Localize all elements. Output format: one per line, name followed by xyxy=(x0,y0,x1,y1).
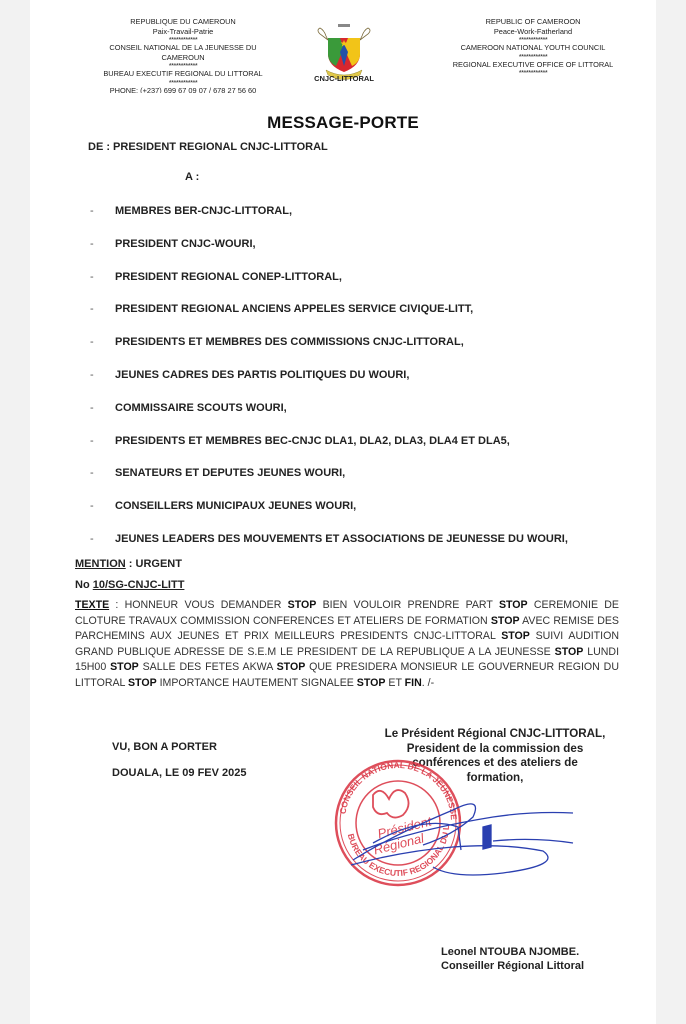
council-name-fr: CONSEIL NATIONAL DE LA JEUNESSE DU CAMER… xyxy=(88,43,278,62)
recipient-item: -PRESIDENTS ET MEMBRES BEC-CNJC DLA1, DL… xyxy=(90,435,568,468)
recipient-item: -PRESIDENT CNJC-WOURI, xyxy=(90,238,568,271)
keyword-stop: STOP xyxy=(128,677,157,689)
keyword-stop: STOP xyxy=(110,661,139,673)
keyword-stop: STOP xyxy=(357,677,386,689)
text-segment: IMPORTANCE HAUTEMENT SIGNALEE xyxy=(157,677,357,689)
keyword-stop: STOP xyxy=(288,599,317,611)
bullet-dash: - xyxy=(90,238,115,250)
text-segment: SALLE DES FETES AKWA xyxy=(139,661,277,673)
separator: ************ xyxy=(448,69,618,76)
recipient-text: PRESIDENTS ET MEMBRES DES COMMISSIONS CN… xyxy=(115,336,464,348)
recipient-text: JEUNES CADRES DES PARTIS POLITIQUES DU W… xyxy=(115,369,409,381)
country-name-fr: REPUBLIQUE DU CAMEROUN xyxy=(88,17,278,27)
text-segment: : HONNEUR VOUS DEMANDER xyxy=(109,599,288,611)
header-english: REPUBLIC OF CAMEROON Peace-Work-Fatherla… xyxy=(448,17,618,76)
keyword-stop: STOP xyxy=(501,630,530,642)
country-name-en: REPUBLIC OF CAMEROON xyxy=(448,17,618,27)
separator: ************ xyxy=(448,36,618,43)
reference-value: 10/SG-CNJC-LITT xyxy=(93,579,185,591)
header-french: REPUBLIQUE DU CAMEROUN Paix-Travail-Patr… xyxy=(88,17,278,93)
separator: ************ xyxy=(88,79,278,86)
recipient-text: PRESIDENT REGIONAL ANCIENS APPELES SERVI… xyxy=(115,303,473,315)
recipient-text: MEMBRES BER-CNJC-LITTORAL, xyxy=(115,205,292,217)
official-stamp-icon: CONSEIL NATIONAL DE LA JEUNESSE BUREAU E… xyxy=(333,755,463,890)
bullet-dash: - xyxy=(90,533,115,545)
recipient-item: -SENATEURS ET DEPUTES JEUNES WOURI, xyxy=(90,467,568,500)
approval-line: VU, BON A PORTER xyxy=(112,741,217,753)
keyword-stop: STOP xyxy=(555,646,584,658)
recipients-label: A : xyxy=(185,171,199,183)
signatory-title-line: Le Président Régional CNJC-LITTORAL, xyxy=(370,727,620,742)
bullet-dash: - xyxy=(90,467,115,479)
bullet-dash: - xyxy=(90,500,115,512)
recipients-list: -MEMBRES BER-CNJC-LITTORAL,-PRESIDENT CN… xyxy=(90,205,568,566)
message-text: : HONNEUR VOUS DEMANDER STOP BIEN VOULOI… xyxy=(75,599,619,689)
bullet-dash: - xyxy=(90,402,115,414)
separator: ************ xyxy=(88,62,278,69)
recipient-text: SENATEURS ET DEPUTES JEUNES WOURI, xyxy=(115,467,345,479)
place-date: DOUALA, LE 09 FEV 2025 xyxy=(112,767,247,779)
recipient-text: PRESIDENTS ET MEMBRES BEC-CNJC DLA1, DLA… xyxy=(115,435,510,447)
logo-label: CNJC-LITTORAL xyxy=(310,74,378,83)
recipient-text: JEUNES LEADERS DES MOUVEMENTS ET ASSOCIA… xyxy=(115,533,568,545)
signatory-block: Leonel NTOUBA NJOMBE. Conseiller Régiona… xyxy=(441,946,584,973)
texte-label: TEXTE xyxy=(75,599,109,611)
bullet-dash: - xyxy=(90,205,115,217)
signatory-name: Leonel NTOUBA NJOMBE. xyxy=(441,946,584,960)
recipient-item: -CONSEILLERS MUNICIPAUX JEUNES WOURI, xyxy=(90,500,568,533)
recipient-item: -PRESIDENT REGIONAL ANCIENS APPELES SERV… xyxy=(90,303,568,336)
document-page: REPUBLIQUE DU CAMEROUN Paix-Travail-Patr… xyxy=(30,0,656,1024)
keyword-stop: STOP xyxy=(499,599,528,611)
recipient-text: CONSEILLERS MUNICIPAUX JEUNES WOURI, xyxy=(115,500,356,512)
message-body: TEXTE : HONNEUR VOUS DEMANDER STOP BIEN … xyxy=(75,598,619,692)
mention-label: MENTION xyxy=(75,558,126,570)
page-title: MESSAGE-PORTE xyxy=(30,113,656,133)
keyword-stop: STOP xyxy=(491,615,520,627)
text-segment: . /- xyxy=(422,677,434,689)
bullet-dash: - xyxy=(90,435,115,447)
bullet-dash: - xyxy=(90,369,115,381)
bullet-dash: - xyxy=(90,271,115,283)
sender-line: DE : PRESIDENT REGIONAL CNJC-LITTORAL xyxy=(88,141,328,153)
separator: ************ xyxy=(88,36,278,43)
bullet-dash: - xyxy=(90,336,115,348)
separator: ************ xyxy=(448,53,618,60)
text-segment: ET xyxy=(385,677,404,689)
signatory-title-line: President de la commission des xyxy=(370,742,620,757)
recipient-text: PRESIDENT CNJC-WOURI, xyxy=(115,238,256,250)
reference-prefix: No xyxy=(75,579,93,591)
mention-value: : URGENT xyxy=(126,558,182,570)
mention-line: MENTION : URGENT xyxy=(75,558,182,570)
phone-numbers: PHONE: (+237) 699 67 09 07 / 678 27 56 6… xyxy=(88,86,278,93)
keyword-stop: STOP xyxy=(277,661,306,673)
recipient-item: -PRESIDENT REGIONAL CONEP-LITTORAL, xyxy=(90,271,568,304)
signatory-role: Conseiller Régional Littoral xyxy=(441,960,584,974)
keyword-stop: FIN xyxy=(405,677,422,689)
recipient-item: -JEUNES CADRES DES PARTIS POLITIQUES DU … xyxy=(90,369,568,402)
recipient-text: PRESIDENT REGIONAL CONEP-LITTORAL, xyxy=(115,271,342,283)
text-segment: BIEN VOULOIR PRENDRE PART xyxy=(316,599,499,611)
recipient-item: -MEMBRES BER-CNJC-LITTORAL, xyxy=(90,205,568,238)
recipient-text: COMMISSAIRE SCOUTS WOURI, xyxy=(115,402,287,414)
recipient-item: -COMMISSAIRE SCOUTS WOURI, xyxy=(90,402,568,435)
bullet-dash: - xyxy=(90,303,115,315)
recipient-item: -PRESIDENTS ET MEMBRES DES COMMISSIONS C… xyxy=(90,336,568,369)
reference-number: No 10/SG-CNJC-LITT xyxy=(75,579,184,591)
